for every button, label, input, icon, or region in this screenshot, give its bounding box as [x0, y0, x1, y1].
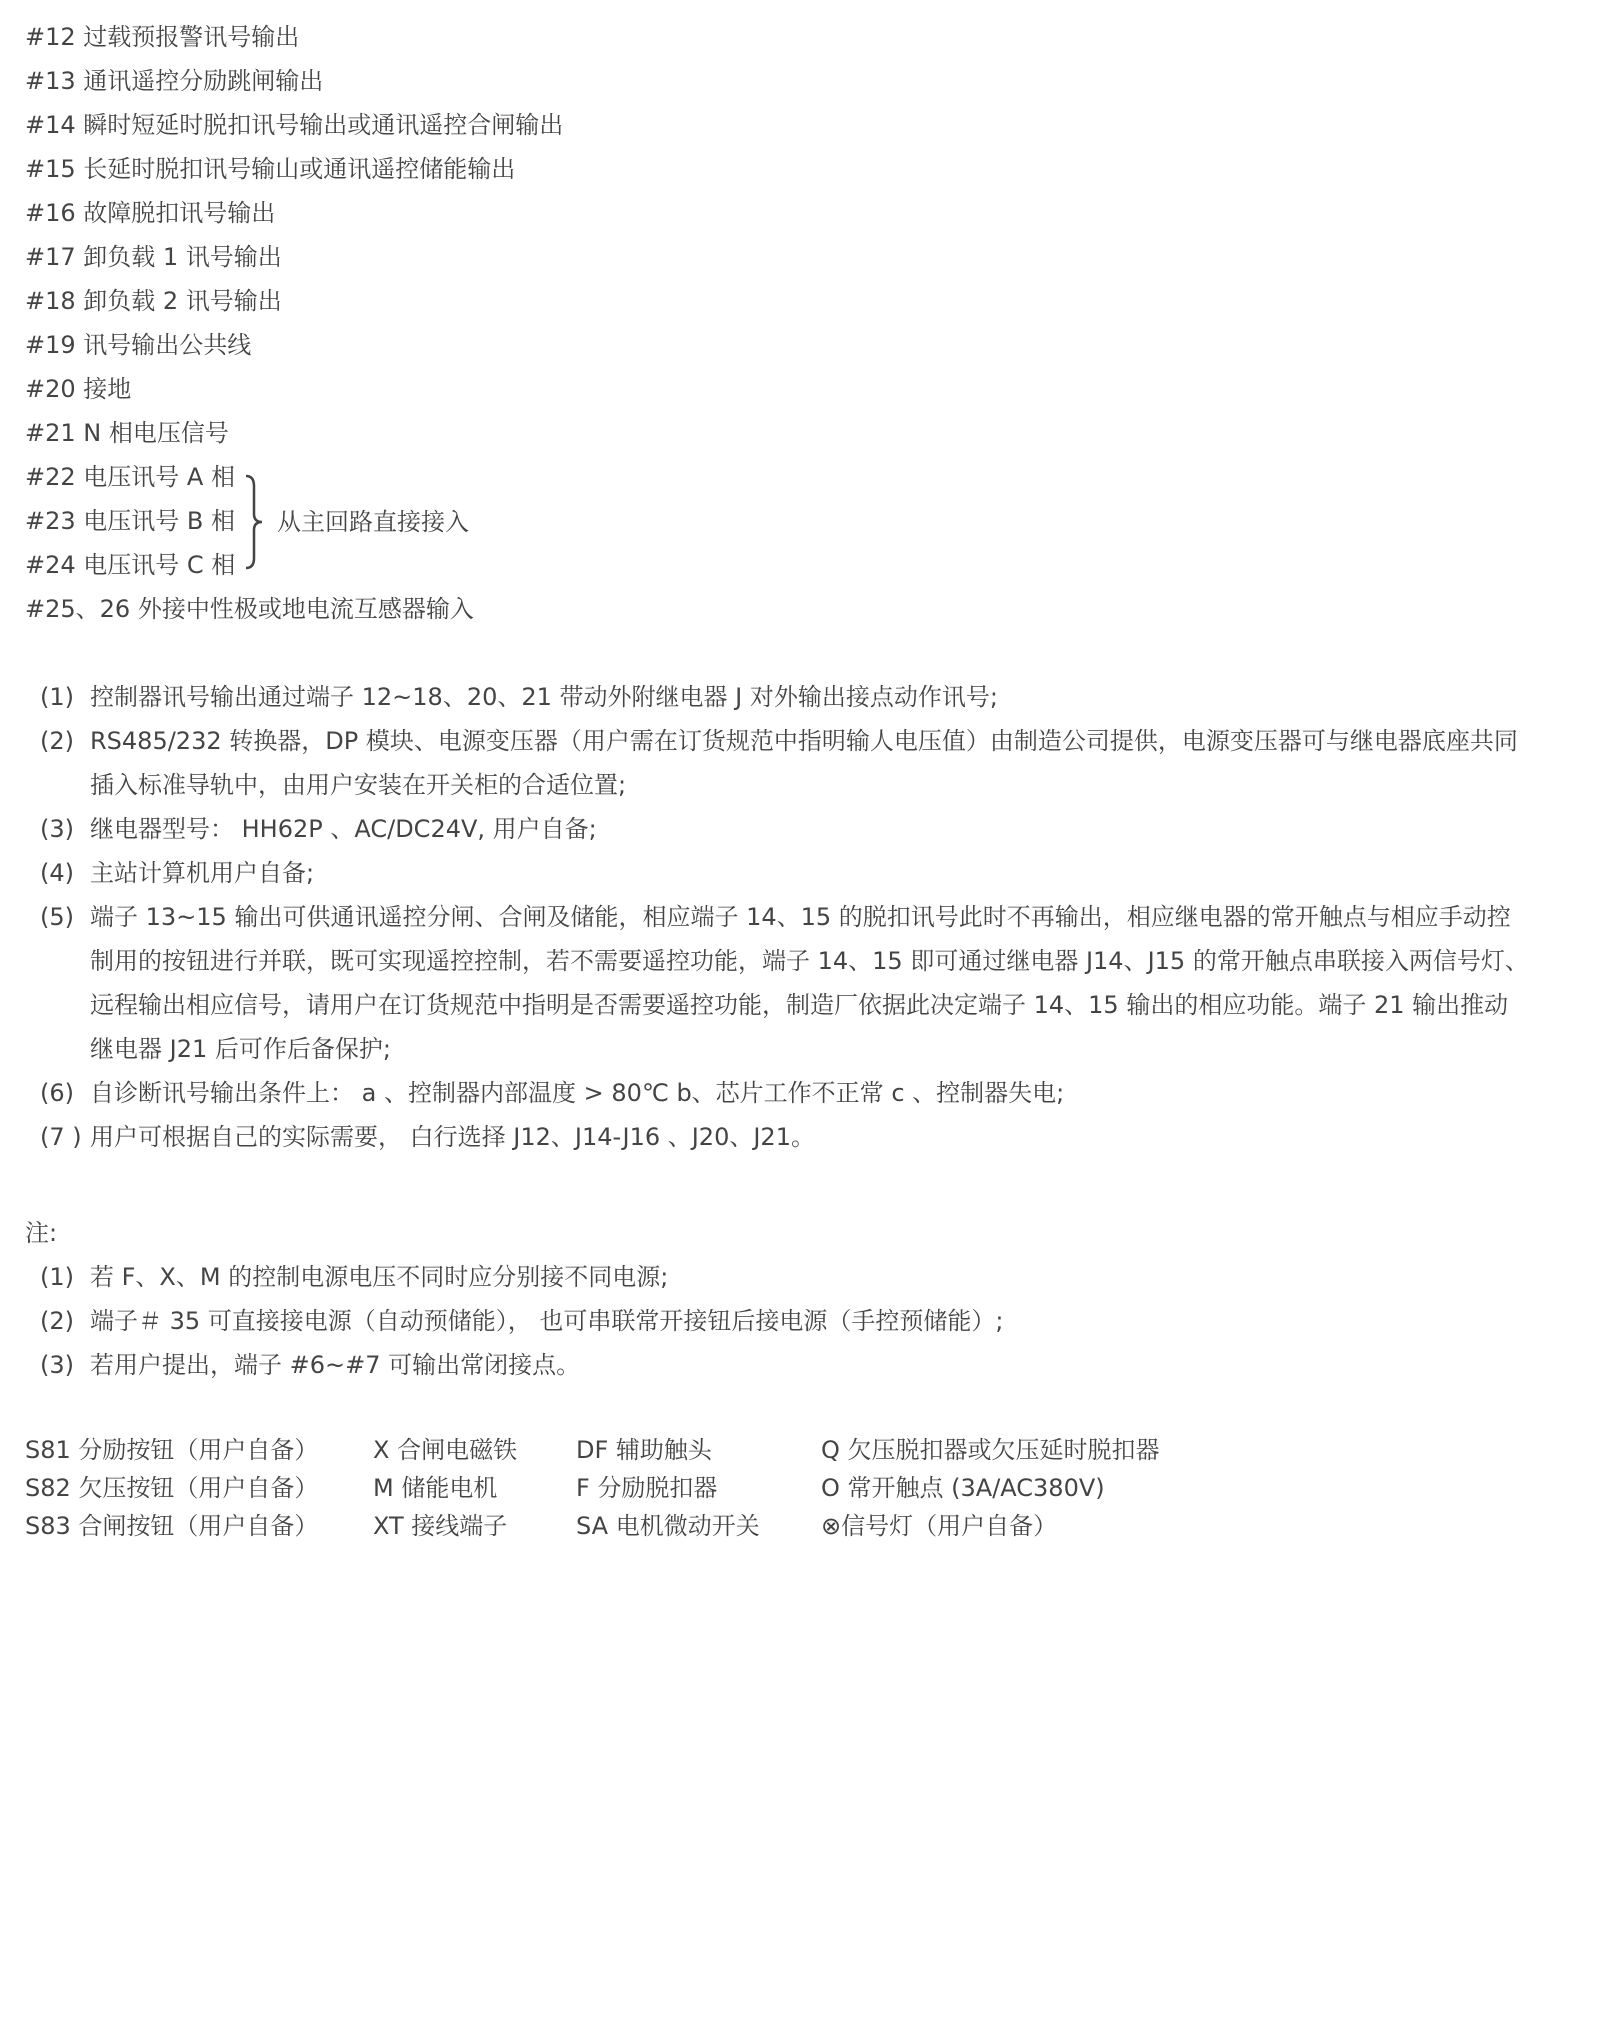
item-text: RS485/232 转换器，DP 模块、电源变压器（用户需在订货规范中指明输人电…	[90, 727, 1518, 755]
item-text: 主站计算机用户自备;	[90, 859, 314, 887]
terminal-19: #19 讯号输出公共线	[25, 323, 251, 367]
note-text: 端子＃ 35 可直接接电源（自动预储能）， 也可串联常开接钮后接电源（手控预储能…	[90, 1307, 1004, 1335]
terminal-22: #22 电压讯号 A 相	[25, 455, 235, 499]
terminal-25-26: #25、26 外接中性极或地电流互感器输入	[25, 587, 474, 631]
item-6: (6)自诊断讯号输出条件上： a 、控制器内部温度 > 80℃ b、芯片工作不正…	[40, 1071, 1064, 1115]
legend-df: DF 辅助触头	[576, 1431, 712, 1469]
terminal-17: #17 卸负载 1 讯号输出	[25, 235, 282, 279]
item-7: (7 )用户可根据自己的实际需要， 白行选择 J12、J14-J16 、J20、…	[40, 1115, 815, 1159]
terminal-14: #14 瞬时短延时脱扣讯号输出或通讯遥控合闸输出	[25, 103, 563, 147]
legend-signal-lamp: ⊗信号灯（用户自备）	[821, 1507, 1057, 1545]
note-2: (2)端子＃ 35 可直接接电源（自动预储能）， 也可串联常开接钮后接电源（手控…	[40, 1299, 1004, 1343]
legend-sa: SA 电机微动开关	[576, 1507, 760, 1545]
item-number: (5)	[40, 895, 90, 939]
item-1: (1)控制器讯号输出通过端子 12~18、20、21 带动外附继电器 J 对外输…	[40, 675, 998, 719]
terminal-23: #23 电压讯号 B 相	[25, 499, 235, 543]
note-text: 若 F、X、M 的控制电源电压不同时应分别接不同电源;	[90, 1263, 668, 1291]
item-number: (4)	[40, 851, 90, 895]
item-3: (3)继电器型号： HH62P 、AC/DC24V, 用户自备;	[40, 807, 597, 851]
item-text: 控制器讯号输出通过端子 12~18、20、21 带动外附继电器 J 对外输出接点…	[90, 683, 998, 711]
item-4: (4)主站计算机用户自备;	[40, 851, 314, 895]
terminal-18: #18 卸负载 2 讯号输出	[25, 279, 282, 323]
terminal-15: #15 长延时脱扣讯号输山或通讯遥控储能输出	[25, 147, 515, 191]
legend-row-2: S82 欠压按钮（用户自备） M 储能电机 F 分励脱扣器 O 常开触点 (3A…	[0, 1469, 1600, 1507]
terminal-16: #16 故障脱扣讯号输出	[25, 191, 275, 235]
note-number: (3)	[40, 1343, 90, 1387]
curly-brace-icon	[244, 474, 266, 570]
item-5-continuation-1: 制用的按钮进行并联，既可实现遥控控制，若不需要遥控功能，端子 14、15 即可通…	[90, 939, 1529, 983]
item-5-continuation-2: 远程输出相应信号，请用户在订货规范中指明是否需要遥控功能，制造厂依据此决定端子 …	[90, 983, 1508, 1027]
legend-o: O 常开触点 (3A/AC380V)	[821, 1469, 1105, 1507]
note-number: (1)	[40, 1255, 90, 1299]
brace-note: 从主回路直接接入	[277, 500, 469, 544]
terminal-21: #21 N 相电压信号	[25, 411, 229, 455]
item-5-continuation-3: 继电器 J21 后可作后备保护;	[90, 1027, 391, 1071]
note-3: (3)若用户提出，端子 #6~#7 可输出常闭接点。	[40, 1343, 580, 1387]
legend-x: X 合闸电磁铁	[373, 1431, 517, 1469]
legend-f: F 分励脱扣器	[576, 1469, 717, 1507]
item-5: (5)端子 13~15 输出可供通讯遥控分闸、合闸及储能，相应端子 14、15 …	[40, 895, 1511, 939]
note-1: (1)若 F、X、M 的控制电源电压不同时应分别接不同电源;	[40, 1255, 668, 1299]
legend-row-3: S83 合闸按钮（用户自备） XT 接线端子 SA 电机微动开关 ⊗信号灯（用户…	[0, 1507, 1600, 1545]
item-number: (2)	[40, 719, 90, 763]
legend-xt: XT 接线端子	[373, 1507, 507, 1545]
item-text: 端子 13~15 输出可供通讯遥控分闸、合闸及储能，相应端子 14、15 的脱扣…	[90, 903, 1511, 931]
terminal-12: #12 过载预报警讯号输出	[25, 15, 299, 59]
terminal-20: #20 接地	[25, 367, 131, 411]
item-2-continuation: 插入标准导轨中，由用户安装在开关柜的合适位置;	[90, 763, 626, 807]
item-number: (7 )	[40, 1115, 90, 1159]
terminal-13: #13 通讯遥控分励跳闸输出	[25, 59, 323, 103]
legend-s81: S81 分励按钮（用户自备）	[25, 1431, 318, 1469]
item-number: (3)	[40, 807, 90, 851]
legend-q: Q 欠压脱扣器或欠压延时脱扣器	[821, 1431, 1160, 1469]
note-number: (2)	[40, 1299, 90, 1343]
item-number: (1)	[40, 675, 90, 719]
item-number: (6)	[40, 1071, 90, 1115]
legend-m: M 储能电机	[373, 1469, 497, 1507]
item-text: 用户可根据自己的实际需要， 白行选择 J12、J14-J16 、J20、J21。	[90, 1123, 815, 1151]
item-2: (2)RS485/232 转换器，DP 模块、电源变压器（用户需在订货规范中指明…	[40, 719, 1518, 763]
legend-row-1: S81 分励按钮（用户自备） X 合闸电磁铁 DF 辅助触头 Q 欠压脱扣器或欠…	[0, 1431, 1600, 1469]
terminal-24: #24 电压讯号 C 相	[25, 543, 235, 587]
item-text: 继电器型号： HH62P 、AC/DC24V, 用户自备;	[90, 815, 597, 843]
item-text: 自诊断讯号输出条件上： a 、控制器内部温度 > 80℃ b、芯片工作不正常 c…	[90, 1079, 1064, 1107]
legend-s83: S83 合闸按钮（用户自备）	[25, 1507, 318, 1545]
notes-title: 注:	[25, 1211, 57, 1255]
legend-s82: S82 欠压按钮（用户自备）	[25, 1469, 318, 1507]
note-text: 若用户提出，端子 #6~#7 可输出常闭接点。	[90, 1351, 580, 1379]
